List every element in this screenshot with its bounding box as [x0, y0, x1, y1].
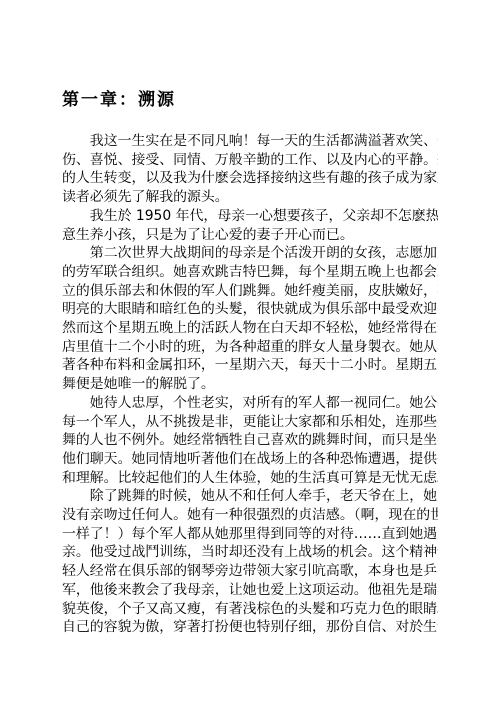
text-line: 和理解。比较起他们的人生体验，她的生活真可算是无忧无虑。	[62, 469, 438, 488]
paragraph-1: 我这一生实在是不同凡响！每一天的生活都满溢著欢笑、爱心、感 伤、喜悦、接受、同情…	[62, 132, 438, 207]
text-line: 没有亲吻过任何人。她有一种很强烈的贞洁感。（啊，现在的世代可不	[62, 506, 438, 525]
text-line: 意生养小孩，只是为了让心爱的妻子开心而已。	[62, 226, 438, 245]
text-line: 我生於 1950 年代，母亲一心想要孩子，父亲却不怎麽热衷；他同	[62, 207, 438, 226]
text-line: 每一个军人，从不挑拨是非，更能让大家都和乐相处，连那些不喜欢跳	[62, 413, 438, 432]
text-line: 读者必须先了解我的源头。	[62, 188, 438, 207]
text-line: 的劳军联合组织。她喜欢跳吉特巴舞，每个星期五晚上也都会到组织成	[62, 263, 438, 282]
text-line: 明亮的大眼睛和暗红色的头髮，很快就成为俱乐部中最受欢迎的女孩。	[62, 300, 438, 319]
text-line: 军，他後来教会了我母亲，让她也爱上这项运动。他祖先是瑞典人，面	[62, 581, 438, 600]
text-line: 轻人经常在俱乐部的钢琴旁边带领大家引吭高歌，本身也是乒乓球的冠	[62, 562, 438, 581]
document-page: 第一章：溯源 我这一生实在是不同凡响！每一天的生活都满溢著欢笑、爱心、感 伤、喜…	[62, 88, 438, 637]
text-line: 著各种布料和金属扣环，一星期六天，每天十二小时。星期五晚上的跳	[62, 356, 438, 375]
text-line: 除了跳舞的时候，她从不和任何人牵手，老天爷在上，她更是从来	[62, 487, 438, 506]
text-line: 然而这个星期五晚上的活跃人物在白天却不轻松，她经常得在一家内衣	[62, 319, 438, 338]
chapter-title: 第一章：溯源	[62, 88, 438, 112]
text-line: 一样了！）每个军人都从她那里得到同等的对待……直到她遇见了我父	[62, 525, 438, 544]
text-line: 她待人忠厚，个性老实，对所有的军人都一视同仁。她公平地对待	[62, 394, 438, 413]
text-line: 店里值十二个小时的班，为各种超重的胖女人量身製衣。她从早到晚缝	[62, 338, 438, 357]
paragraph-2: 我生於 1950 年代，母亲一心想要孩子，父亲却不怎麽热衷；他同 意生养小孩，只…	[62, 207, 438, 244]
text-line: 第二次世界大战期间的母亲是个活泼开朗的女孩，志愿加入了美国	[62, 244, 438, 263]
text-line: 立的俱乐部去和休假的军人们跳舞。她纤瘦美丽，皮肤嫩好，有著棕色	[62, 282, 438, 301]
text-line: 他们聊天。她同情地听著他们在战场上的各种恐怖遭遇，提供他们安慰	[62, 450, 438, 469]
text-line: 舞便是她唯一的解脱了。	[62, 375, 438, 394]
text-line: 我这一生实在是不同凡响！每一天的生活都满溢著欢笑、爱心、感	[62, 132, 438, 151]
text-line: 自己的容貌为傲，穿著打扮便也特别仔细，那份自信、对於生命的热爱	[62, 618, 438, 637]
text-line: 舞的人也不例外。她经常牺牲自己喜欢的跳舞时间，而只是坐在那里和	[62, 431, 438, 450]
paragraph-5: 除了跳舞的时候，她从不和任何人牵手，老天爷在上，她更是从来 没有亲吻过任何人。她…	[62, 487, 438, 637]
paragraph-3: 第二次世界大战期间的母亲是个活泼开朗的女孩，志愿加入了美国 的劳军联合组织。她喜…	[62, 244, 438, 394]
text-line: 亲。他受过战鬥训练，当时却还没有上战场的机会。这个精神饱满的年	[62, 543, 438, 562]
text-line: 貌英俊，个子又高又瘦，有著浅棕色的头髮和巧克力色的眼睛。他很以	[62, 600, 438, 619]
paragraph-4: 她待人忠厚，个性老实，对所有的军人都一视同仁。她公平地对待 每一个军人，从不挑拨…	[62, 394, 438, 488]
text-line: 的人生转变，以及我为什麽会选择接纳这些有趣的孩子成为家庭成员，	[62, 169, 438, 188]
text-line: 伤、喜悦、接受、同情、万般辛勤的工作、以及内心的平静。想了解我	[62, 151, 438, 170]
